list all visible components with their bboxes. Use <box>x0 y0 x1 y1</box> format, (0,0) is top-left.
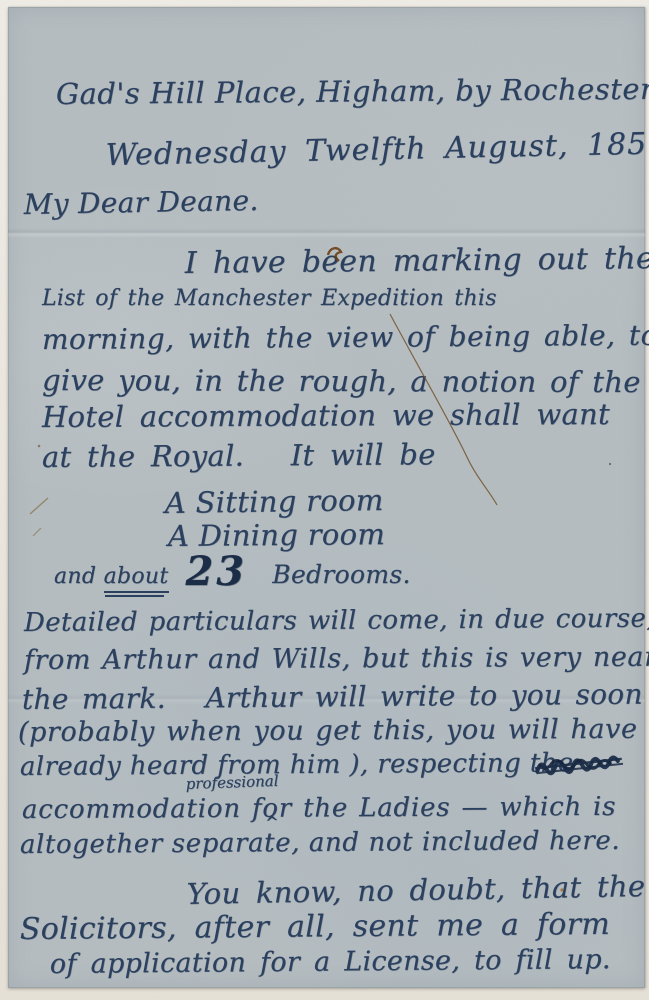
bedrooms-prefix: and <box>54 564 104 589</box>
scanned-letter: Gad's Hill Place, Higham, by Rochester. … <box>0 0 649 1000</box>
interlinear-insertion: professional <box>185 773 278 793</box>
bedrooms-suffix: Bedrooms. <box>264 560 411 589</box>
date-line: Wednesday Twelfth August, 1857 <box>105 127 649 172</box>
body-line: of application for a License, to fill up… <box>50 945 611 980</box>
handwriting-layer: Gad's Hill Place, Higham, by Rochester. … <box>0 0 649 1000</box>
body-line: the mark. Arthur will write to you soon <box>22 679 643 716</box>
body-line: already heard from him ), respecting the <box>20 749 574 782</box>
body-line: Solicitors, after all, sent me a form <box>20 908 611 947</box>
body-line: at the Royal. It will be <box>42 438 436 473</box>
body-line: Detailed particulars will come, in due c… <box>24 605 649 639</box>
body-line: List of the Manchester Expedition this <box>42 287 497 312</box>
salutation-line: My Dear Deane. <box>23 185 258 220</box>
body-line: (probably when you get this, you will ha… <box>18 715 638 748</box>
body-line: morning, with the view of being able, to <box>42 320 649 356</box>
bedrooms-number: 23 <box>169 548 265 595</box>
body-line: accommodation for the Ladies — which is <box>22 793 617 825</box>
bedrooms-underlined-word: about <box>104 565 169 593</box>
room-list-item: A Sitting room <box>165 484 384 520</box>
body-line: I have been marking out the <box>185 242 649 281</box>
body-line: from Arthur and Wills, but this is very … <box>24 643 649 677</box>
body-line: You know, no doubt, that the <box>186 870 645 910</box>
body-line: give you, in the rough, a notion of the <box>42 364 641 399</box>
bedrooms-line: and about 23 Bedrooms. <box>54 548 411 593</box>
address-line: Gad's Hill Place, Higham, by Rochester. <box>56 73 649 111</box>
body-line: Hotel accommodation we shall want <box>42 398 610 433</box>
body-line: altogether separate, and not included he… <box>20 827 620 860</box>
scribbled-deletion <box>533 751 626 780</box>
